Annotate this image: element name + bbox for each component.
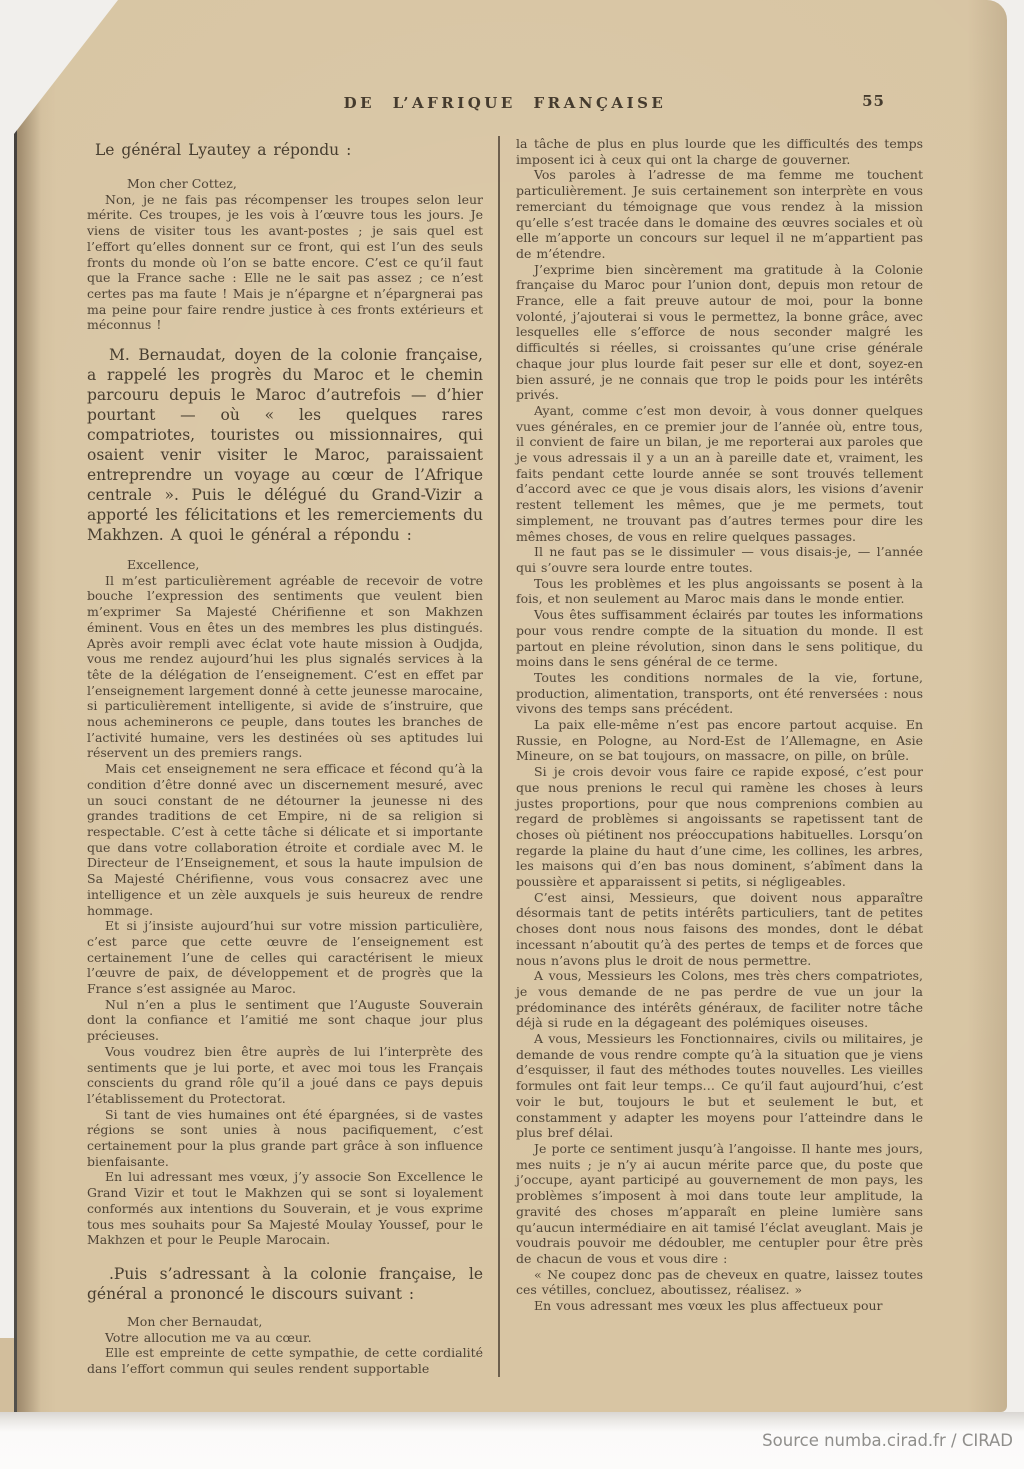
printed-text-block: DE L’AFRIQUE FRANÇAISE 55 Le général Lya… — [87, 94, 923, 1377]
text-paragraph: La paix elle-même n’est pas encore parto… — [516, 717, 923, 764]
journal-title: DE L’AFRIQUE FRANÇAISE — [87, 94, 923, 112]
text-paragraph: A vous, Messieurs les Fonctionnaires, ci… — [516, 1031, 923, 1141]
text-paragraph: Mais cet enseignement ne sera efficace e… — [87, 761, 483, 918]
scanned-journal-page: DE L’AFRIQUE FRANÇAISE 55 Le général Lya… — [0, 0, 1024, 1469]
salutation-line: Mon cher Cottez, — [87, 176, 483, 192]
text-paragraph: Nul n’en a plus le sentiment que l’Augus… — [87, 997, 483, 1044]
two-column-layout: Le général Lyautey a répondu : Mon cher … — [87, 136, 923, 1377]
text-paragraph: Elle est empreinte de cette sympathie, d… — [87, 1345, 483, 1376]
text-paragraph: « Ne coupez donc pas de cheveux en quatr… — [516, 1267, 923, 1298]
salutation-line: Excellence, — [87, 557, 483, 573]
text-paragraph: Tous les problèmes et les plus angoissan… — [516, 576, 923, 607]
text-paragraph: la tâche de plus en plus lourde que les … — [516, 136, 923, 167]
text-paragraph: A vous, Messieurs les Colons, mes très c… — [516, 968, 923, 1031]
running-header: DE L’AFRIQUE FRANÇAISE 55 — [87, 94, 923, 120]
text-paragraph: J’exprime bien sincèrement ma gratitude … — [516, 262, 923, 403]
scan-footer: Source numba.cirad.fr / CIRAD — [0, 1412, 1024, 1469]
salutation-line: Votre allocution me va au cœur. — [87, 1330, 483, 1346]
page-number: 55 — [862, 92, 885, 110]
text-paragraph: Ayant, comme c’est mon devoir, à vous do… — [516, 403, 923, 544]
section-lead: Le général Lyautey a répondu : — [87, 140, 483, 160]
text-paragraph: C’est ainsi, Messieurs, que doivent nous… — [516, 890, 923, 969]
paper-sheet: DE L’AFRIQUE FRANÇAISE 55 Le général Lya… — [17, 0, 1007, 1412]
text-paragraph: Et si j’insiste aujourd’hui sur votre mi… — [87, 918, 483, 997]
text-paragraph: Si je crois devoir vous faire ce rapide … — [516, 764, 923, 890]
source-attribution: Source numba.cirad.fr / CIRAD — [762, 1431, 1013, 1450]
text-paragraph: En vous adressant mes vœux les plus affe… — [516, 1298, 923, 1314]
editorial-paragraph: M. Bernaudat, doyen de la colonie frança… — [87, 345, 483, 545]
salutation-line: Mon cher Bernaudat, — [87, 1314, 483, 1330]
text-paragraph: Vos paroles à l’adresse de ma femme me t… — [516, 167, 923, 261]
left-column: Le général Lyautey a répondu : Mon cher … — [87, 136, 498, 1377]
editorial-paragraph: .Puis s’adressant à la colonie française… — [87, 1264, 483, 1304]
text-paragraph: Il m’est particulièrement agréable de re… — [87, 573, 483, 761]
text-paragraph: Non, je ne fais pas récompenser les trou… — [87, 192, 483, 333]
text-paragraph: En lui adressant mes vœux, j’y associe S… — [87, 1169, 483, 1248]
right-column: la tâche de plus en plus lourde que les … — [498, 136, 923, 1377]
text-paragraph: Si tant de vies humaines ont été épargné… — [87, 1107, 483, 1170]
text-paragraph: Vous voudrez bien être auprès de lui l’i… — [87, 1044, 483, 1107]
text-paragraph: Toutes les conditions normales de la vie… — [516, 670, 923, 717]
text-paragraph: Il ne faut pas se le dissimuler — vous d… — [516, 544, 923, 575]
text-paragraph: Vous êtes suffisamment éclairés par tout… — [516, 607, 923, 670]
text-paragraph: Je porte ce sentiment jusqu’à l’angoisse… — [516, 1141, 923, 1267]
